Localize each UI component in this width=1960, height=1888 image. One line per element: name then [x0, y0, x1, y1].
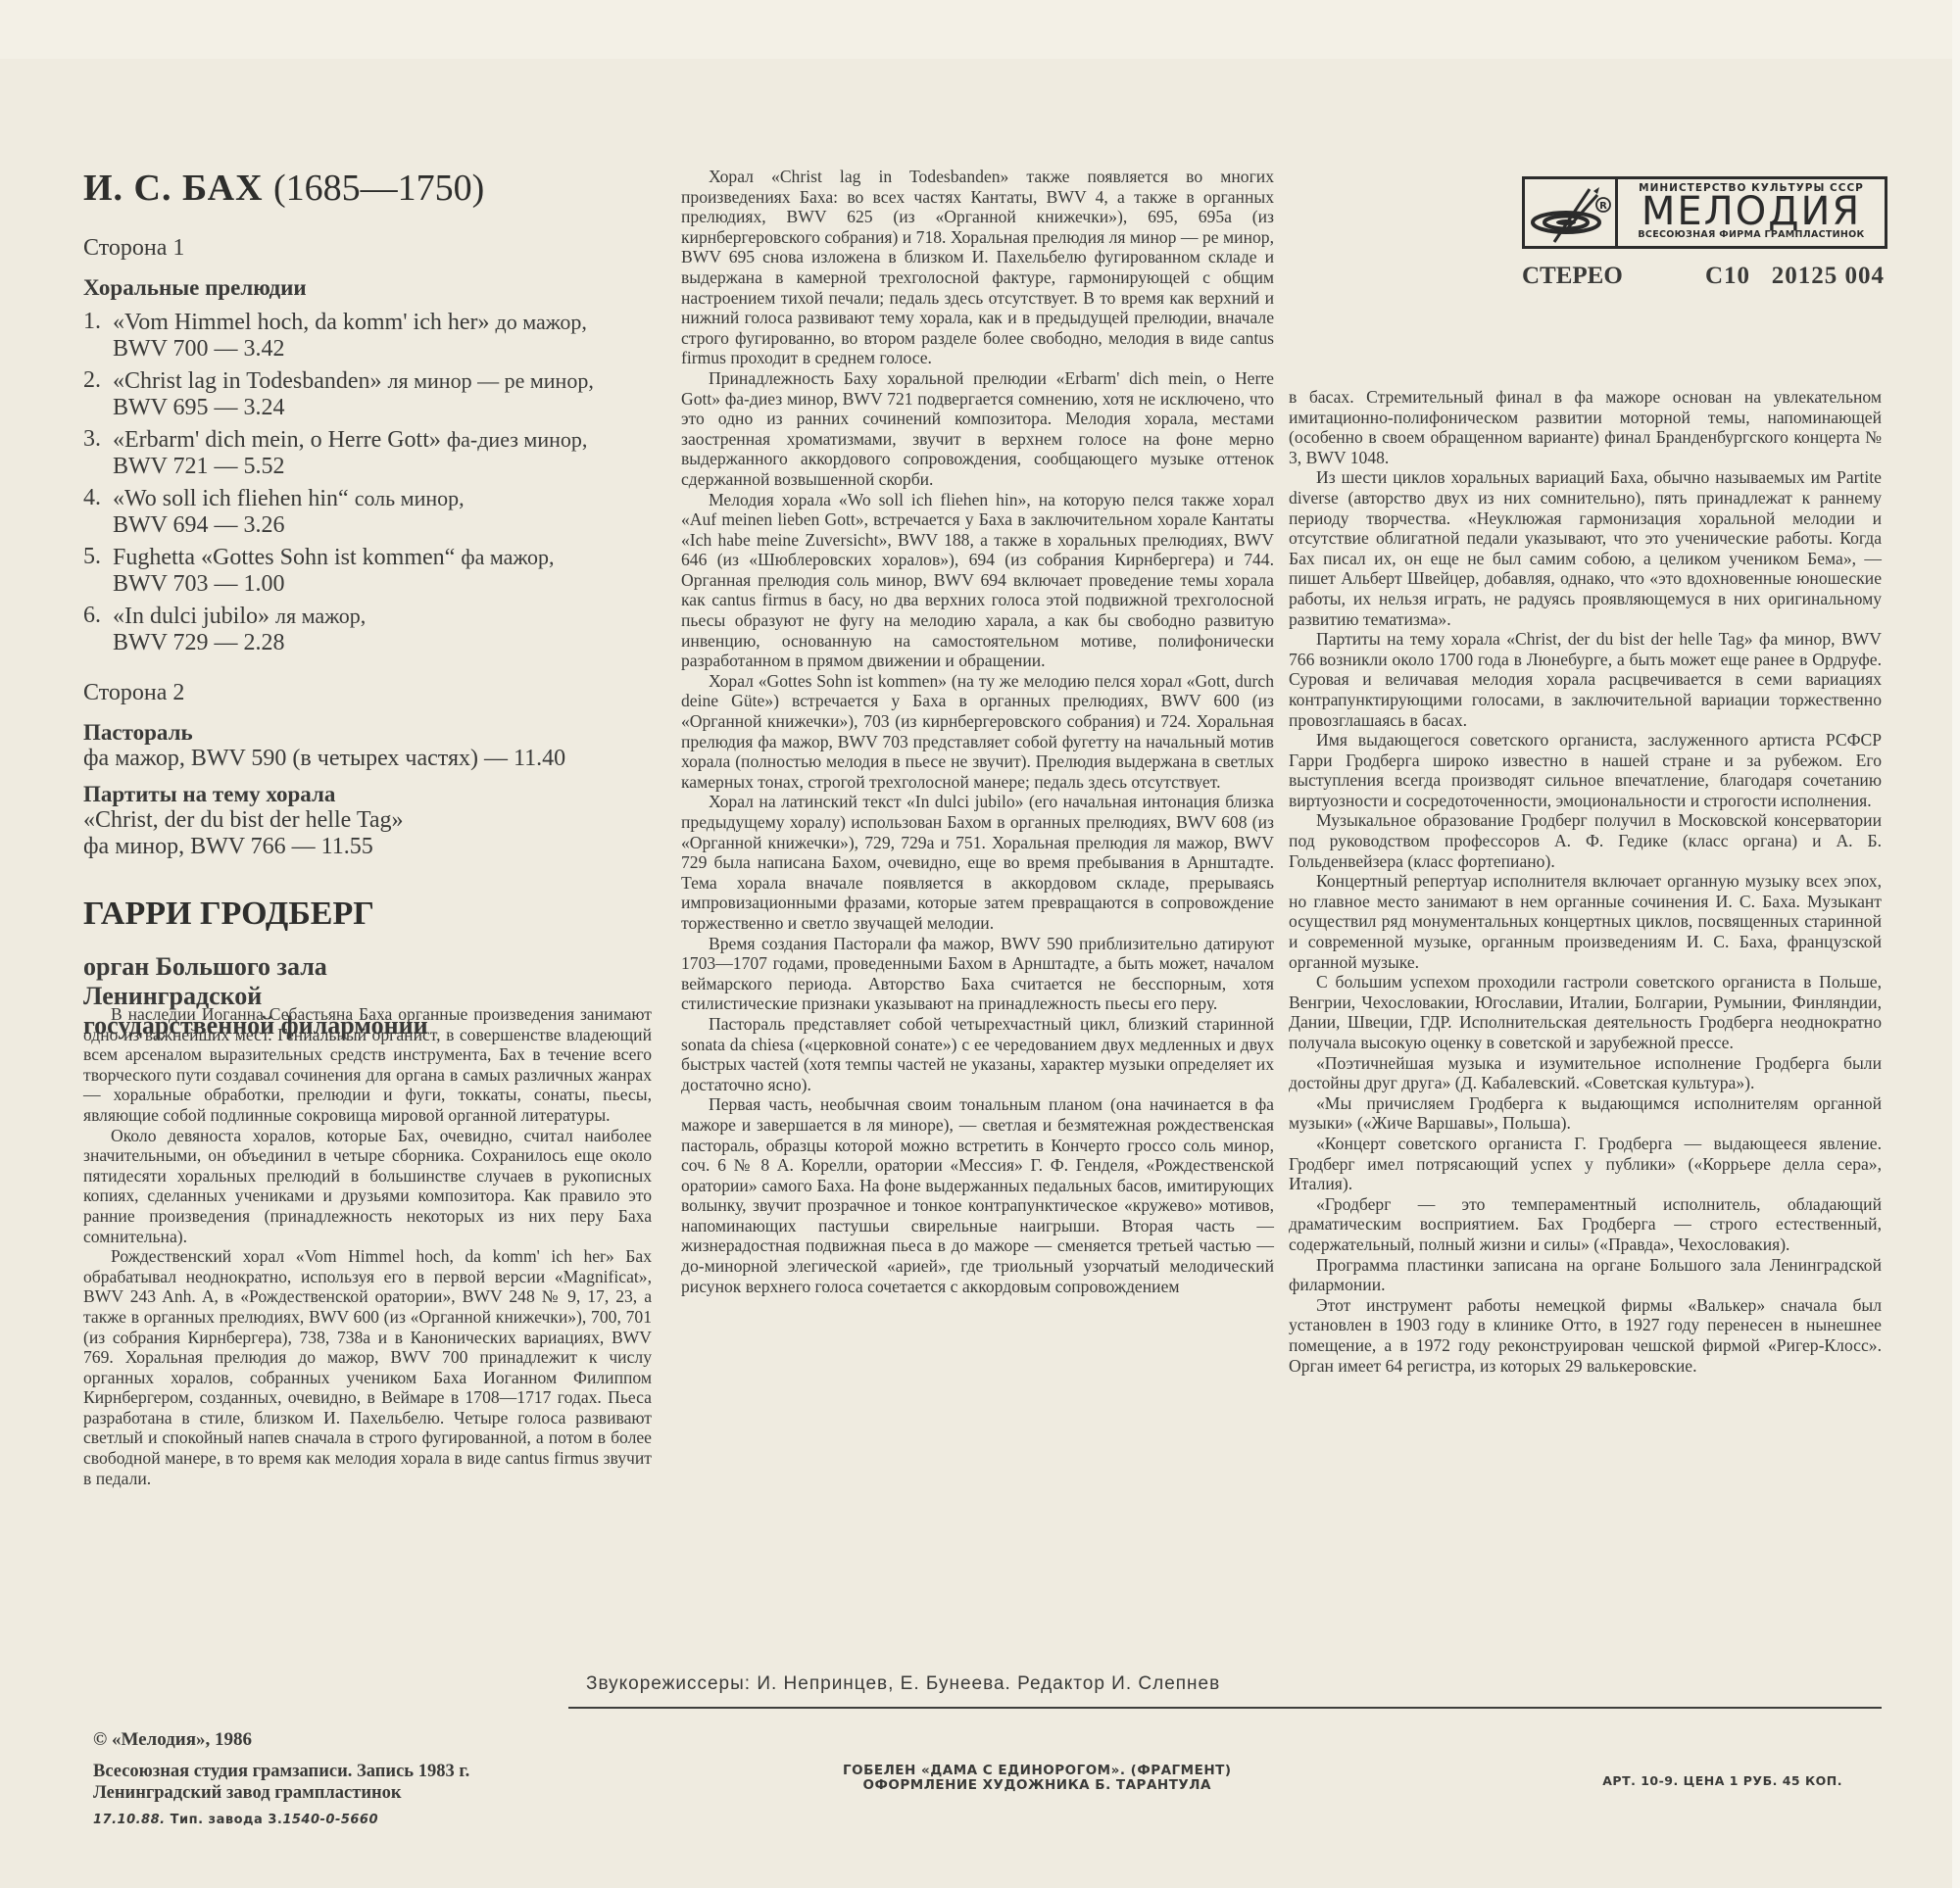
brand-name: МЕЛОДИЯ	[1618, 194, 1885, 229]
print-plant: Тип. завода 3.	[171, 1813, 283, 1827]
track-item: 6.«In dulci jubilo» ля мажор,BWV 729 — 2…	[83, 603, 647, 656]
notes-column-right: в басах. Стремительный финал в фа мажоре…	[1289, 387, 1882, 1376]
track-title: «Erbarm' dich mein, o Herre Gott»	[113, 427, 441, 453]
production-credits: Звукорежиссеры: И. Непринцев, Е. Бунеева…	[586, 1673, 1220, 1695]
paragraph: Хорал на латинский текст «In dulci jubil…	[681, 792, 1274, 933]
work-line: фа мажор, BWV 590 (в четырех частях) — 1…	[83, 746, 647, 772]
track-bwv-duration: BWV 729 — 2.28	[113, 630, 366, 656]
paragraph: «Гродберг — это темпераментный исполните…	[1289, 1194, 1882, 1255]
track-body: «Christ lag in Todesbanden» ля минор — р…	[113, 367, 594, 421]
composer-name: И. С. БАХ	[83, 168, 264, 209]
price-label: АРТ. 10-9. ЦЕНА 1 РУБ. 45 КОП.	[1602, 1773, 1842, 1788]
intro-text: В наследии Иоганна Себастьяна Баха орган…	[83, 1004, 652, 1488]
work-heading: Пастораль	[83, 720, 647, 746]
catalog-number: С10 20125 004	[1705, 263, 1885, 290]
footer-divider	[568, 1707, 1882, 1709]
paragraph: С большим успехом проходили гастроли сов…	[1289, 972, 1882, 1052]
side-1-tracklist: 1.«Vom Himmel hoch, da komm' ich her» до…	[83, 309, 647, 656]
melodiya-logo: R МИНИСТЕРСТВО КУЛЬТУРЫ СССР МЕЛОДИЯ ВСЕ…	[1522, 176, 1887, 249]
track-bwv-duration: BWV 721 — 5.52	[113, 454, 587, 480]
track-title: «In dulci jubilo»	[113, 604, 269, 629]
cover-art-line-1: ГОБЕЛЕН «ДАМА С ЕДИНОРОГОМ». (ФРАГМЕНТ)	[843, 1764, 1232, 1778]
audio-format: СТЕРЕО	[1522, 263, 1623, 290]
paragraph: «Поэтичнейшая музыка и изумительное испо…	[1289, 1053, 1882, 1093]
paragraph: Партиты на тему хорала «Christ, der du b…	[1289, 629, 1882, 730]
track-title: Fughetta «Gottes Sohn ist kommen“	[113, 545, 455, 570]
melodiya-record-emblem-icon: R	[1525, 179, 1618, 246]
paragraph: Из шести циклов хоральных вариаций Баха,…	[1289, 467, 1882, 629]
plant-line: Ленинградский завод грампластинок	[93, 1782, 469, 1804]
paragraph: Хорал «Gottes Sohn ist kommen» (на ту же…	[681, 671, 1274, 793]
copyright: © «Мелодия», 1986	[93, 1729, 469, 1751]
catalog-line: СТЕРЕО С10 20125 004	[1522, 263, 1885, 290]
company-label: ВСЕСОЮЗНАЯ ФИРМА ГРАМПЛАСТИНОК	[1618, 229, 1885, 240]
track-number: 4.	[83, 485, 113, 539]
track-number: 2.	[83, 367, 113, 421]
work-line: «Christ, der du bist der helle Tag»	[83, 807, 647, 834]
track-number: 6.	[83, 603, 113, 656]
side-2-work: Пасторальфа мажор, BWV 590 (в четырех ча…	[83, 720, 647, 772]
paragraph: Программа пластинки записана на органе Б…	[1289, 1255, 1882, 1295]
track-number: 5.	[83, 544, 113, 598]
cover-art-credit: ГОБЕЛЕН «ДАМА С ЕДИНОРОГОМ». (ФРАГМЕНТ) …	[843, 1764, 1232, 1793]
paragraph: Пастораль представляет собой четырехчаст…	[681, 1014, 1274, 1094]
track-title: «Christ lag in Todesbanden»	[113, 368, 382, 394]
track-key: ля минор — ре минор,	[388, 368, 594, 393]
track-key: фа мажор,	[461, 545, 554, 569]
sleeve-edge	[1952, 0, 1960, 1888]
track-bwv-duration: BWV 703 — 1.00	[113, 571, 555, 598]
svg-text:R: R	[1599, 201, 1607, 212]
track-title: «Vom Himmel hoch, da komm' ich her»	[113, 310, 490, 335]
notes-column-middle: Хорал «Christ lag in Todesbanden» также …	[681, 167, 1274, 1296]
track-key: соль минор,	[355, 486, 465, 510]
composer-title: И. С. БАХ (1685—1750)	[83, 167, 647, 210]
side-1-label: Сторона 1	[83, 235, 647, 262]
paragraph: Концертный репертуар исполнителя включае…	[1289, 871, 1882, 972]
track-number: 1.	[83, 309, 113, 363]
paragraph: Имя выдающегося советского органиста, за…	[1289, 730, 1882, 810]
side-2-tracklist: Пасторальфа мажор, BWV 590 (в четырех ча…	[83, 720, 647, 860]
track-bwv-duration: BWV 694 — 3.26	[113, 512, 465, 539]
track-item: 1.«Vom Himmel hoch, da komm' ich her» до…	[83, 309, 647, 363]
track-item: 3.«Erbarm' dich mein, o Herre Gott» фа-д…	[83, 426, 647, 480]
track-body: «In dulci jubilo» ля мажор,BWV 729 — 2.2…	[113, 603, 366, 656]
studio-line: Всесоюзная студия грамзаписи. Запись 198…	[93, 1761, 469, 1782]
composer-years: (1685—1750)	[273, 168, 484, 209]
paragraph: Рождественский хорал «Vom Himmel hoch, d…	[83, 1246, 652, 1488]
side-2-work: Партиты на тему хорала«Christ, der du bi…	[83, 782, 647, 860]
print-date: 17.10.88.	[93, 1813, 166, 1827]
paragraph: Около девяноста хоралов, которые Бах, оч…	[83, 1126, 652, 1247]
instrument-line: орган Большого зала	[83, 952, 647, 982]
paragraph: в басах. Стремительный финал в фа мажоре…	[1289, 387, 1882, 467]
track-item: 4.«Wo soll ich fliehen hin“ соль минор,B…	[83, 485, 647, 539]
melodiya-wordmark: МИНИСТЕРСТВО КУЛЬТУРЫ СССР МЕЛОДИЯ ВСЕСО…	[1618, 179, 1885, 246]
cover-art-line-2: ОФОРМЛЕНИЕ ХУДОЖНИКА Б. ТАРАНТУЛА	[843, 1778, 1232, 1793]
paragraph: Время создания Пасторали фа мажор, BWV 5…	[681, 934, 1274, 1014]
track-body: «Erbarm' dich mein, o Herre Gott» фа-дие…	[113, 426, 587, 480]
paragraph: «Мы причисляем Гродберга к выдающимся ис…	[1289, 1093, 1882, 1134]
track-key: до мажор,	[496, 310, 587, 334]
tracklist-column: И. С. БАХ (1685—1750) Сторона 1 Хоральны…	[83, 167, 647, 1041]
paragraph: В наследии Иоганна Себастьяна Баха орган…	[83, 1004, 652, 1126]
track-item: 5.Fughetta «Gottes Sohn ist kommen“ фа м…	[83, 544, 647, 598]
track-body: «Wo soll ich fliehen hin“ соль минор,BWV…	[113, 485, 465, 539]
page-top-band	[0, 0, 1960, 59]
track-bwv-duration: BWV 700 — 3.42	[113, 336, 587, 363]
track-body: «Vom Himmel hoch, da komm' ich her» до м…	[113, 309, 587, 363]
performer-name: ГАРРИ ГРОДБЕРГ	[83, 896, 647, 933]
work-line: фа минор, BWV 766 — 11.55	[83, 834, 647, 860]
side-2-label: Сторона 2	[83, 680, 647, 706]
side-1-section-heading: Хоральные прелюдии	[83, 275, 647, 301]
paragraph: Этот инструмент работы немецкой фирмы «В…	[1289, 1295, 1882, 1376]
track-bwv-duration: BWV 695 — 3.24	[113, 395, 594, 421]
track-key: ля мажор,	[275, 604, 366, 628]
paragraph: Мелодия хорала «Wo soll ich fliehen hin»…	[681, 490, 1274, 671]
paragraph: Первая часть, необычная своим тональным …	[681, 1094, 1274, 1296]
publisher-info: © «Мелодия», 1986 Всесоюзная студия грам…	[93, 1729, 469, 1831]
paragraph: Принадлежность Баху хоральной прелюдии «…	[681, 368, 1274, 490]
track-number: 3.	[83, 426, 113, 480]
print-order: 1540-0-5660	[282, 1813, 378, 1827]
work-heading: Партиты на тему хорала	[83, 782, 647, 807]
track-item: 2.«Christ lag in Todesbanden» ля минор —…	[83, 367, 647, 421]
paragraph: «Концерт советского органиста Г. Гродбер…	[1289, 1134, 1882, 1194]
print-info: 17.10.88. Тип. завода 3.1540-0-5660	[93, 1810, 469, 1831]
track-body: Fughetta «Gottes Sohn ist kommen“ фа маж…	[113, 544, 555, 598]
paragraph: Хорал «Christ lag in Todesbanden» также …	[681, 167, 1274, 368]
paragraph: Музыкальное образование Гродберг получил…	[1289, 810, 1882, 871]
track-title: «Wo soll ich fliehen hin“	[113, 486, 349, 511]
track-key: фа-диез минор,	[447, 427, 588, 452]
